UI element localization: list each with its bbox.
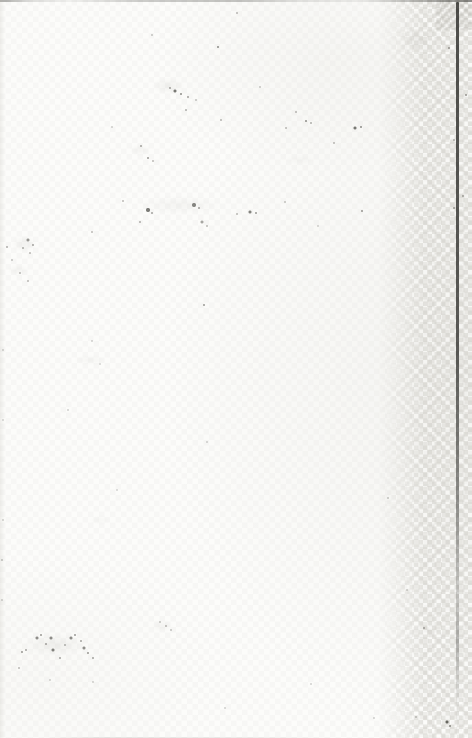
speckle-mark	[220, 119, 222, 121]
speckle-mark	[317, 225, 319, 227]
speckle-mark	[87, 652, 89, 654]
smudge-mark	[280, 153, 320, 167]
speckle-mark	[99, 363, 101, 365]
speckle-mark	[255, 212, 257, 214]
smudge-mark	[147, 618, 177, 634]
smudge-mark	[3, 262, 33, 278]
speckle-mark	[305, 120, 307, 122]
speckle-mark	[45, 643, 47, 645]
speckle-mark	[310, 683, 312, 685]
speckle-mark	[139, 221, 141, 223]
speckle-mark	[236, 213, 238, 215]
smudge-mark	[7, 233, 41, 255]
top-right-corner-grain	[436, 0, 472, 30]
speckle-mark	[284, 201, 286, 203]
speckle-mark	[11, 259, 13, 261]
speckle-mark	[40, 634, 42, 636]
speckle-mark	[354, 127, 357, 130]
speckle-mark	[64, 644, 66, 646]
speckle-mark	[22, 247, 24, 249]
speckle-mark	[111, 126, 113, 128]
speckle-mark	[6, 246, 8, 248]
smudge-mark	[125, 142, 155, 158]
speckle-mark	[169, 87, 171, 89]
smudge-mark	[85, 514, 115, 526]
speckle-mark	[116, 489, 118, 491]
speckle-mark	[67, 409, 69, 411]
smudge-mark	[120, 192, 240, 218]
speckle-mark	[206, 441, 208, 443]
speckle-mark	[151, 212, 153, 214]
speckle-mark	[147, 157, 149, 159]
speckle-mark	[122, 200, 124, 202]
smudge-mark	[145, 75, 191, 97]
speckle-mark	[91, 231, 93, 233]
speckle-mark	[159, 621, 161, 623]
speckle-mark	[203, 304, 205, 306]
speckle-mark	[25, 649, 27, 651]
speckle-mark	[361, 210, 363, 212]
speckle-mark	[146, 208, 150, 212]
speckle-mark	[201, 221, 204, 224]
speckle-mark	[74, 634, 76, 636]
speckle-mark	[83, 647, 86, 650]
speckle-mark	[198, 207, 200, 209]
speckle-mark	[19, 272, 21, 274]
speckle-mark	[310, 122, 312, 124]
speckle-mark	[185, 109, 187, 111]
speckle-mark	[29, 252, 31, 254]
speckle-mark	[206, 225, 208, 227]
speckle-mark	[180, 93, 182, 95]
speckle-mark	[152, 160, 154, 162]
speckle-mark	[59, 657, 61, 659]
speckle-mark	[27, 239, 30, 242]
top-edge-scan-line	[0, 0, 472, 2]
speckle-mark	[236, 12, 238, 14]
speckle-mark	[70, 637, 73, 640]
speckle-mark	[92, 681, 94, 683]
smudge-mark	[67, 354, 113, 366]
smudge-mark	[13, 630, 98, 660]
speckle-mark	[170, 629, 172, 631]
speckle-mark	[333, 142, 335, 144]
speckle-mark	[50, 637, 53, 640]
speckle-mark	[259, 86, 261, 88]
speckle-mark	[187, 96, 189, 98]
speckle-mark	[52, 649, 55, 652]
speckle-mark	[80, 640, 82, 642]
speckle-mark	[27, 280, 29, 282]
speckle-mark	[195, 99, 197, 101]
speckle-mark	[373, 717, 375, 719]
speckle-mark	[192, 203, 196, 207]
speckle-mark	[92, 657, 94, 659]
speckle-mark	[49, 679, 51, 681]
speckle-mark	[18, 667, 20, 669]
left-edge-scanner-shadow	[0, 0, 5, 738]
speckle-mark	[32, 244, 34, 246]
speckle-mark	[217, 46, 219, 48]
speckle-mark	[360, 126, 362, 128]
speckle-mark	[165, 625, 167, 627]
speckle-mark	[224, 707, 226, 709]
scanned-blank-page	[0, 0, 472, 738]
speckle-mark	[140, 145, 142, 147]
speckle-mark	[21, 651, 23, 653]
speckle-mark	[295, 111, 297, 113]
right-page-edge-line	[456, 2, 459, 738]
speckle-mark	[151, 34, 153, 36]
speckle-mark	[36, 637, 39, 640]
speckle-mark	[249, 211, 252, 214]
speckle-mark	[285, 127, 287, 129]
speckle-mark	[91, 340, 93, 342]
speckle-mark	[174, 90, 177, 93]
